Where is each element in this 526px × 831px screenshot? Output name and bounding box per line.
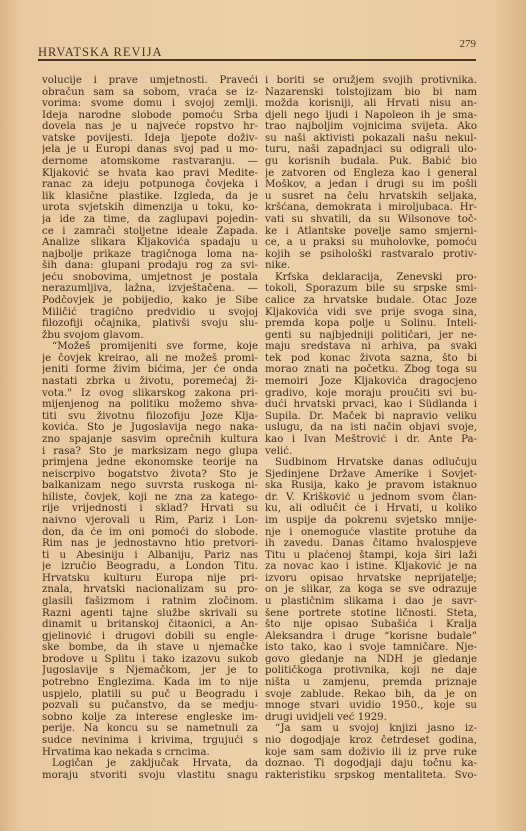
text-line: filozofiji očajnika, plativši svoju slu- [42,318,258,330]
text-line: Jugoslavije s Njemačkom, jer je to [42,665,258,677]
text-line: doznao. Ti dogodjaji daju točnu ka- [265,758,477,770]
text-line: morao znati na početku. Zbog toga su [265,364,477,376]
text-line: jeniti forme živim bićima, jer će onda [42,364,258,376]
header-rule [38,59,476,61]
text-line: pozvali su pučanstvo, da se medju- [42,700,258,712]
text-line: Rim nas je jednostavno htio pretvori- [42,538,258,550]
text-line: djeli nego ljudi i Napoleon ih je sma- [265,110,477,122]
running-header: HRVATSKA REVIJA 279 [38,38,476,58]
text-line: tokoli, Sporazum bile su srpske smi- [265,283,477,295]
text-line: šene portrete stotine ličnosti. Šteta, [265,608,477,620]
text-line: volucije i prave umjetnosti. Praveći [42,75,258,87]
journal-title: HRVATSKA REVIJA [38,45,163,60]
text-line: u susret na čelu hrvatskih seljaka, [265,191,477,203]
text-line: ku, ali odlučit će i Hrvati, u koliko [265,503,477,515]
text-line: maju sredstava ni arhiva, pa svaki [265,341,477,353]
text-line: Sudbinom Hrvatske danas odlučuju [265,457,477,469]
text-line: drugi uvidjeli već 1929. [265,712,477,724]
text-line: izvoru opisao hrvatske neprijatelje; [265,573,477,585]
text-line: ce, a u praksi su muholovke, pomoću [265,237,477,249]
text-line: jela je u Europi danas svoj pad u mo- [42,144,258,156]
text-line: nio dogodjaje kroz četrdeset godina, [265,735,477,747]
text-line: naivno vjerovali u Rim, Pariz i Lon- [42,515,258,527]
text-line: Razni agenti tajne službe skrivali su [42,608,258,620]
text-line: ranac za ideju potpunoga čovjeka i [42,179,258,191]
text-line: Moškov, a jedan i drugi su im pošli [265,179,477,191]
text-line: Supila. Dr. Maček bi napravio veliku [265,411,477,423]
text-line: gu korisnih budala. Puk. Babić bio [265,156,477,168]
left-column: volucije i prave umjetnosti. Pravećiobra… [42,75,258,781]
text-line: što nije opisao Subašića i Kralja [265,619,477,631]
text-line: Hrvatima kao nekada s crncima. [42,747,258,759]
text-line: Aleksandra i druge “korisne budale” [265,631,477,643]
text-line: rije vrijednosti i sklad? Hrvati su [42,503,258,515]
text-line: govo gledanje na NDH je gledanje [265,654,477,666]
text-line: im uspije da pokrenu svjetsko mnije- [265,515,477,527]
text-line: političkoga protivnika, koji ne daje [265,665,477,677]
text-line: nje i onemoguće vlastite protuhe da [265,527,477,539]
text-line: koje sam sam doživio ili iz prve ruke [265,747,477,759]
text-line: titi svu životnu filozofiju Joze Klja- [42,411,258,423]
text-line: potrebno Englezima. Kada im to nije [42,677,258,689]
text-line: ke i Atlantske povelje samo smjerni- [265,226,477,238]
text-line: Krfska deklaracija, Ženevski pro- [265,272,477,284]
text-line: dinamit u britanskoj čitaonici, a An- [42,619,258,631]
text-line: vatske povijesti. Ideja ljepote doživ- [42,133,258,145]
text-line: velić. [265,446,477,458]
text-line: znala, hrvatski nacionalizam su pro- [42,584,258,596]
text-line: sudce nevinima i krivima, trgujući s [42,735,258,747]
text-line: lik klasične plastike. Izgleda, da je [42,191,258,203]
text-line: uslugu, da na isti način objavi svoje, [265,422,477,434]
text-line: najbolje prikaze tragičnoga loma na- [42,249,258,261]
text-line: gjelinović i drugovi dobili su engle- [42,631,258,643]
text-line: Kljakovića vidi sve prije svoga sina, [265,307,477,319]
text-line: mnoge stvari uvidio 1950., koje su [265,700,477,712]
text-line: Ideja narodne slobode pomoću Srba [42,110,258,122]
text-line: ih zavedu. Danas čitamo hvalospjeve [265,538,477,550]
text-line: sobno kolje za interese engleske im- [42,712,258,724]
text-line: turu, naši zapadnjaci su odigrali ulo- [265,144,477,156]
text-line: kovića. Što je Jugoslavija nego naka- [42,422,258,434]
text-line: su naši aktivisti pokazali našu nekul- [265,133,477,145]
page-number: 279 [460,38,477,50]
text-line: genti su najbjedniji političari, jer ne- [265,330,477,342]
text-line: Titu u plaćenoj štampi, koja širi laži [265,550,477,562]
text-line: je čovjek kreirao, ali ne možeš promi- [42,353,258,365]
text-line: ske bombe, da ih stave u njemačke [42,642,258,654]
text-line: ništa u zamjenu, premda priznaje [265,677,477,689]
text-line: premda kopa polje u Solinu. Inteli- [265,318,477,330]
text-line: vorima: svome domu i svojoj zemlji. [42,98,258,110]
text-line: kao i Ivan Meštrović i dr. Ante Pa- [265,434,477,446]
text-line: Kljaković se hvata kao pravi Medite- [42,168,258,180]
text-line: Logičan je zaključak Hrvata, da [42,758,258,770]
text-line: Sjedinjene Države Amerike i Sovjet- [265,469,477,481]
text-line: dernome atomskome rastvaranju. — [42,156,258,168]
text-line: glasili fašizmom i ratnim zločinom. [42,596,258,608]
text-line: nastati zbrka u životu, poremećaj ži- [42,376,258,388]
text-line: ska Rusija, kako je pravom istaknuo [265,480,477,492]
text-line: neiscrpivo bogatstvo života? Što je [42,469,258,481]
text-line: žbu svojom glavom. [42,330,258,342]
text-line: kršćana, demokrata i miroljubaca. Hr- [265,202,477,214]
text-line: zno spajanje sasvim oprečnih kultura [42,434,258,446]
text-line: kojih se psihološki rastvaralo protiv- [265,249,477,261]
text-line: “Možeš promijeniti sve forme, koje [42,341,258,353]
text-line: mijenjenog na politiku možemo shva- [42,399,258,411]
text-line: on je slikar, za koga se sve odrazuje [265,584,477,596]
text-line: obračun sam sa sobom, vraća se iz- [42,87,258,99]
text-line: gradivo, koje moraju proučiti svi bu- [265,388,477,400]
text-line: Miličić tragično predvidio u svojoj [42,307,258,319]
text-line: za novac kao i istine. Kljaković je na [265,561,477,573]
text-line: dovela nas je u najveće ropstvo hr- [42,121,258,133]
text-line: tek pod konac života sazna, što bi [265,353,477,365]
text-line: u plastičnim slikama i dao je savr- [265,596,477,608]
text-line: Nazarenski tolstojizam bio bi nam [265,87,477,99]
text-line: svoje zablude. Rekao bih, da je on [265,689,477,701]
text-line: vati su shvatili, da su Wilsonove toč- [265,214,477,226]
text-line: Analize slikara Kljakovića spadaju u [42,237,258,249]
text-line: jeću snobovima, umjetnost je postala [42,272,258,284]
text-line: calice za hrvatske budale. Otac Joze [265,295,477,307]
text-line: brodove u Splitu i tako izazovu sukob [42,654,258,666]
text-line: don, da će im oni pomoći do slobode. [42,527,258,539]
text-line: isto tako, kao i svoje tamničare. Nje- [265,642,477,654]
text-line: Podčovjek je pobijedio, kako je Šibe [42,295,258,307]
text-line: možda korisniji, ali Hrvati nisu an- [265,98,477,110]
text-line: dr. V. Krišković u jednom svom član- [265,492,477,504]
text-line: Hrvatsku kulturu Europa nije pri- [42,573,258,585]
text-line: i rasa? Što je marksizam nego glupa [42,446,258,458]
text-line: rakteristiku srpskog mentaliteta. Svo- [265,770,477,782]
text-line: nerazumljiva, lažna, izvještačena. — [42,283,258,295]
text-line: ja ide za time, da zaglupavi pojedin- [42,214,258,226]
text-line: uspjelo, platili su puč u Beogradu i [42,689,258,701]
text-line: perije. Na koncu su se nametnuli za [42,723,258,735]
text-line: nike. [265,260,477,272]
text-line: ce i zamrači stoljetne ideale Zapada. [42,226,258,238]
text-line: vota." Iz ovog slikarskog zakona pri- [42,388,258,400]
text-line: balkanizam nego suvrsta ruskoga ni- [42,480,258,492]
text-line: je izručio Beogradu, a London Titu. [42,561,258,573]
text-line: trao najboljim vojnicima svijeta. Ako [265,121,477,133]
text-line: dući hrvatski prvaci, kao i Südlanda i [265,399,477,411]
text-line: moraju stvoriti svoju vlastitu snagu [42,770,258,782]
text-line: primjena jedne ekonomske teorije na [42,457,258,469]
text-line: ti u Abesiniju i Albaniju, Pariz nas [42,550,258,562]
text-line: je zatvoren od Engleza kao i general [265,168,477,180]
text-line: memoiri Joze Kljakovića dragocjeno [265,376,477,388]
text-line: i boriti se oružjem svojih protivnika. [265,75,477,87]
right-column: i boriti se oružjem svojih protivnika.Na… [265,75,477,781]
text-line: ših dana: glupani prodaju rog za svi- [42,260,258,272]
text-line: “Ja sam u svojoj knjizi jasno iz- [265,723,477,735]
text-line: hiliste, čovjek, koji ne zna za katego- [42,492,258,504]
text-line: urota svjetskih dimenzija u toku, ko- [42,202,258,214]
